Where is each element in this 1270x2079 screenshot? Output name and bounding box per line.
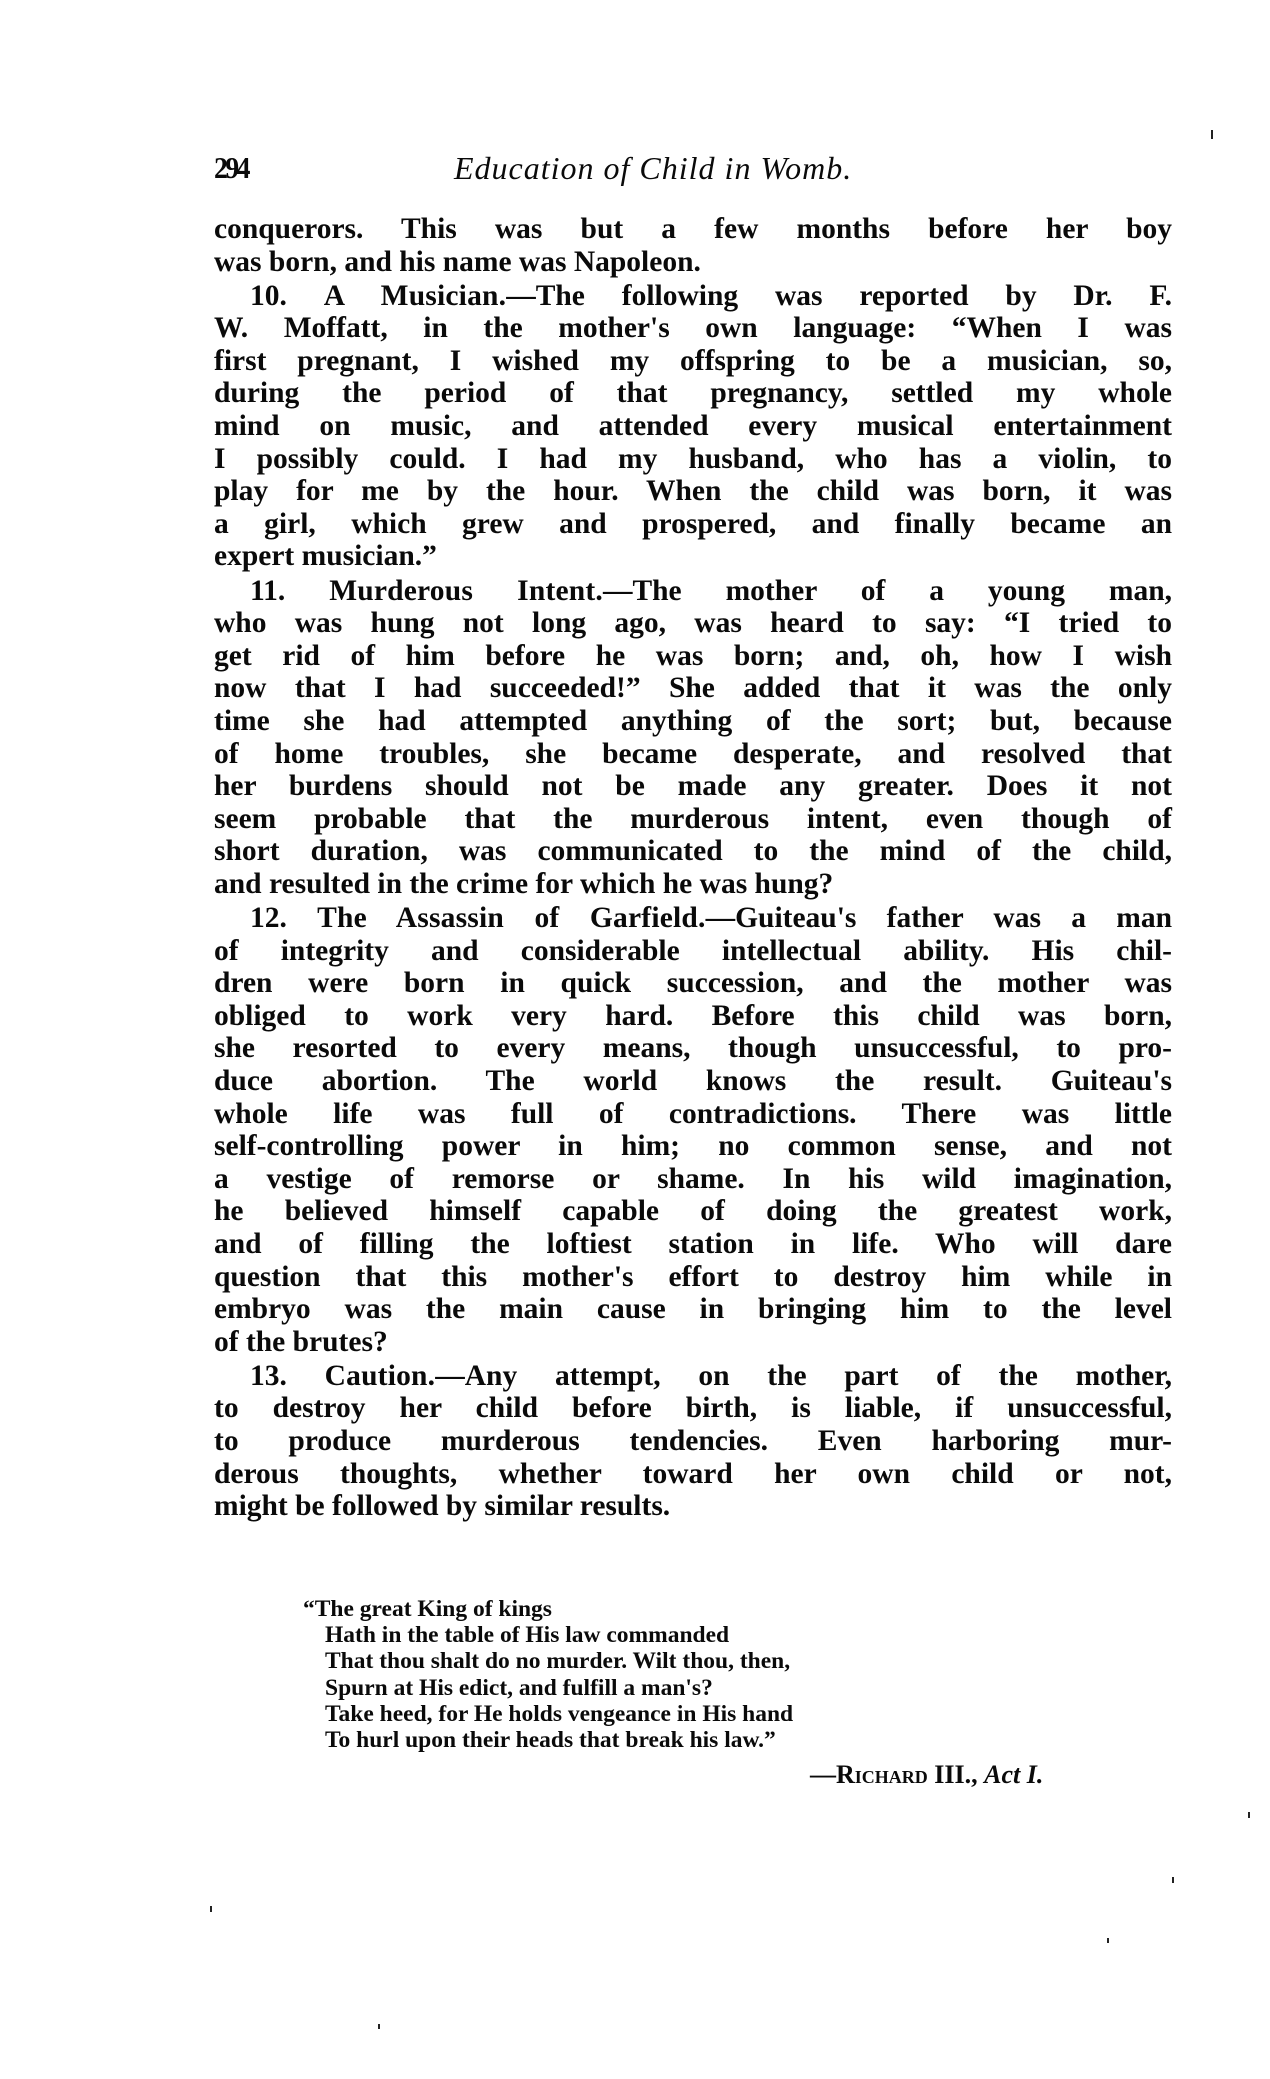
text-line: dren were born in quick succession, and … <box>214 967 1172 1000</box>
text-line: play for me by the hour. When the child … <box>214 475 1172 508</box>
scan-speck <box>1172 1877 1174 1883</box>
scan-speck <box>210 1906 212 1912</box>
text-line: might be followed by similar results. <box>214 1490 1172 1523</box>
section-number: 13. <box>250 1360 287 1392</box>
text-line: who was hung not long ago, was heard to … <box>214 607 1172 640</box>
quoted-verse: “The great King of kings Hath in the tab… <box>303 1596 793 1753</box>
text-line: to destroy her child before birth, is li… <box>214 1392 1172 1425</box>
page-body: conquerors. This was but a few months be… <box>214 213 1172 1523</box>
text-line: she resorted to every means, though unsu… <box>214 1032 1172 1065</box>
attribution-act: Act I. <box>984 1760 1043 1789</box>
text-line: I possibly could. I had my husband, who … <box>214 443 1172 476</box>
running-header: 294 Education of Child in Womb. <box>214 150 1174 190</box>
verse-line: To hurl upon their heads that break his … <box>303 1727 793 1753</box>
verse-line: Take heed, for He holds vengeance in His… <box>303 1701 793 1727</box>
running-title: Education of Child in Womb. <box>454 150 852 187</box>
paragraph-murderous-intent: 11. Murderous Intent.—The mother of a yo… <box>214 575 1172 901</box>
section-heading: Caution. <box>325 1360 436 1392</box>
text-line: short duration, was communicated to the … <box>214 835 1172 868</box>
section-heading: The Assassin of Garfield. <box>317 902 705 934</box>
scan-speck <box>1211 130 1213 139</box>
text-line: self-controlling power in him; no common… <box>214 1130 1172 1163</box>
text-line: a vestige of remorse or shame. In his wi… <box>214 1163 1172 1196</box>
text-line: to produce murderous tendencies. Even ha… <box>214 1425 1172 1458</box>
text-line: whole life was full of contradictions. T… <box>214 1098 1172 1131</box>
text-line: mind on music, and attended every musica… <box>214 410 1172 443</box>
text-line: embryo was the main cause in bringing hi… <box>214 1293 1172 1326</box>
paragraph-continuation: conquerors. This was but a few months be… <box>214 213 1172 278</box>
text-line: 12. The Assassin of Garfield.—Guiteau's … <box>214 902 1172 935</box>
scan-speck <box>1248 1812 1250 1818</box>
text-line: question that this mother's effort to de… <box>214 1261 1172 1294</box>
paragraph-assassin-of-garfield: 12. The Assassin of Garfield.—Guiteau's … <box>214 902 1172 1358</box>
section-heading: Murderous Intent. <box>329 575 603 607</box>
verse-line: Hath in the table of His law commanded <box>303 1622 793 1648</box>
text-line: and resulted in the crime for which he w… <box>214 868 1172 901</box>
text-line: expert musician.” <box>214 540 1172 573</box>
verse-line: Spurn at His edict, and fulfill a man's? <box>303 1675 793 1701</box>
text-line: was born, and his name was Napoleon. <box>214 246 1172 279</box>
text-line: get rid of him before he was born; and, … <box>214 640 1172 673</box>
text-line: a girl, which grew and prospered, and fi… <box>214 508 1172 541</box>
text-line: first pregnant, I wished my offspring to… <box>214 345 1172 378</box>
verse-attribution: —Richard III., Act I. <box>810 1760 1043 1790</box>
text-line: her burdens should not be made any great… <box>214 770 1172 803</box>
text-line: of integrity and considerable intellectu… <box>214 935 1172 968</box>
text-line: during the period of that pregnancy, set… <box>214 377 1172 410</box>
attribution-dash: — <box>810 1760 836 1789</box>
text-line: 10. A Musician.—The following was report… <box>214 280 1172 313</box>
attribution-work: Richard III. <box>836 1760 971 1789</box>
text-line: seem probable that the murderous intent,… <box>214 803 1172 836</box>
page-number: 294 <box>214 150 248 186</box>
text-line: and of filling the loftiest station in l… <box>214 1228 1172 1261</box>
text-line: now that I had succeeded!” She added tha… <box>214 672 1172 705</box>
text-line: of home troubles, she became desperate, … <box>214 738 1172 771</box>
text-line: of the brutes? <box>214 1326 1172 1359</box>
text-line: conquerors. This was but a few months be… <box>214 213 1172 246</box>
verse-line: That thou shalt do no murder. Wilt thou,… <box>303 1648 793 1674</box>
text-line: he believed himself capable of doing the… <box>214 1195 1172 1228</box>
text-line: W. Moffatt, in the mother's own language… <box>214 312 1172 345</box>
section-number: 10. <box>250 280 287 312</box>
verse-line: “The great King of kings <box>303 1596 793 1622</box>
section-number: 11. <box>250 575 285 607</box>
section-heading: A Musician. <box>324 280 506 312</box>
section-number: 12. <box>250 902 287 934</box>
text-line: duce abortion. The world knows the resul… <box>214 1065 1172 1098</box>
paragraph-caution: 13. Caution.—Any attempt, on the part of… <box>214 1360 1172 1523</box>
text-line: obliged to work very hard. Before this c… <box>214 1000 1172 1033</box>
text-line: 11. Murderous Intent.—The mother of a yo… <box>214 575 1172 608</box>
text-line: derous thoughts, whether toward her own … <box>214 1458 1172 1491</box>
paragraph-musician: 10. A Musician.—The following was report… <box>214 280 1172 573</box>
text-line: time she had attempted anything of the s… <box>214 705 1172 738</box>
text-line: 13. Caution.—Any attempt, on the part of… <box>214 1360 1172 1393</box>
scan-speck <box>1107 1938 1109 1943</box>
scan-speck <box>378 2024 380 2029</box>
